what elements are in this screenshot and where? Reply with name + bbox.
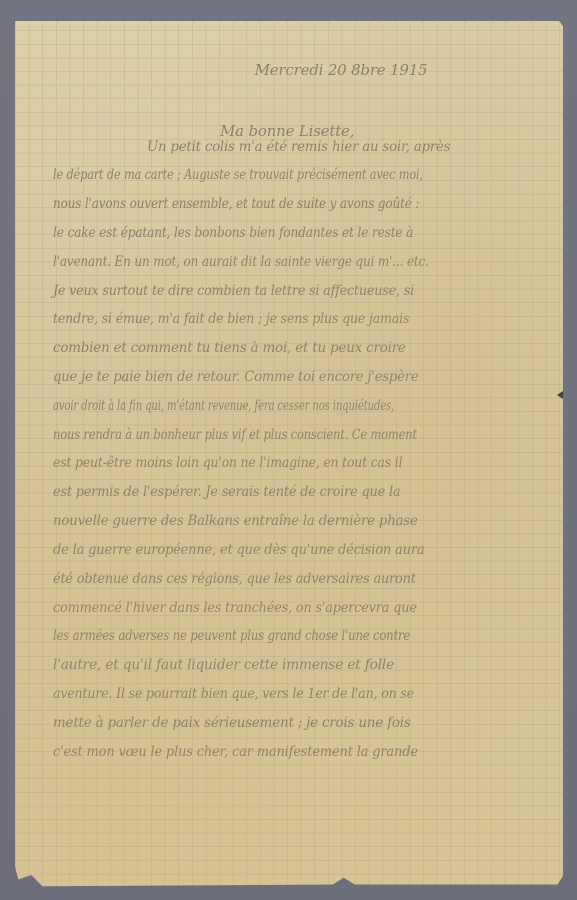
page-edge-notch bbox=[557, 391, 563, 399]
letter-line: aventure. Il se pourrait bien que, vers … bbox=[53, 686, 414, 702]
letter-salutation: Ma bonne Lisette, bbox=[220, 122, 354, 140]
letter-line: nouvelle guerre des Balkans entraîne la … bbox=[53, 513, 418, 529]
letter-line: avoir droit à la fin qui, m'étant revenu… bbox=[53, 398, 394, 414]
letter-line: commencé l'hiver dans les tranchées, on … bbox=[53, 600, 417, 616]
letter-line: été obtenue dans ces régions, que les ad… bbox=[53, 571, 416, 587]
letter-line: est permis de l'espérer. Je serais tenté… bbox=[53, 484, 400, 500]
letter-line: que je te paie bien de retour. Comme toi… bbox=[53, 369, 418, 385]
letter-line: l'avenant. En un mot, on aurait dit la s… bbox=[53, 254, 429, 270]
letter-line: tendre, si émue, m'a fait de bien ; je s… bbox=[53, 311, 409, 327]
letter-line: Un petit colis m'a été remis hier au soi… bbox=[147, 139, 450, 155]
letter-line: nous rendra à un bonheur plus vif et plu… bbox=[53, 427, 417, 443]
letter-line: le départ de ma carte ; Auguste se trouv… bbox=[53, 167, 423, 183]
letter-line: l'autre, et qu'il faut liquider cette im… bbox=[53, 657, 394, 673]
letter-line: les armées adverses ne peuvent plus gran… bbox=[53, 628, 410, 644]
letter-line: mette à parler de paix sérieusement ; je… bbox=[53, 715, 411, 731]
letter-line: le cake est épatant, les bonbons bien fo… bbox=[53, 225, 413, 241]
letter-line: nous l'avons ouvert ensemble, et tout de… bbox=[53, 196, 419, 212]
scan-background: Mercredi 20 8bre 1915 Ma bonne Lisette, … bbox=[0, 0, 577, 900]
letter-line: Je veux surtout te dire combien ta lettr… bbox=[53, 283, 414, 299]
letter-line: c'est mon vœu le plus cher, car manifest… bbox=[53, 744, 418, 760]
letter-date: Mercredi 20 8bre 1915 bbox=[255, 61, 428, 79]
letter-line: de la guerre européenne, et que dès qu'u… bbox=[53, 542, 424, 558]
letter-page: Mercredi 20 8bre 1915 Ma bonne Lisette, … bbox=[15, 21, 563, 888]
letter-line: est peut-être moins loin qu'on ne l'imag… bbox=[53, 455, 402, 471]
letter-line: combien et comment tu tiens à moi, et tu… bbox=[53, 340, 406, 356]
